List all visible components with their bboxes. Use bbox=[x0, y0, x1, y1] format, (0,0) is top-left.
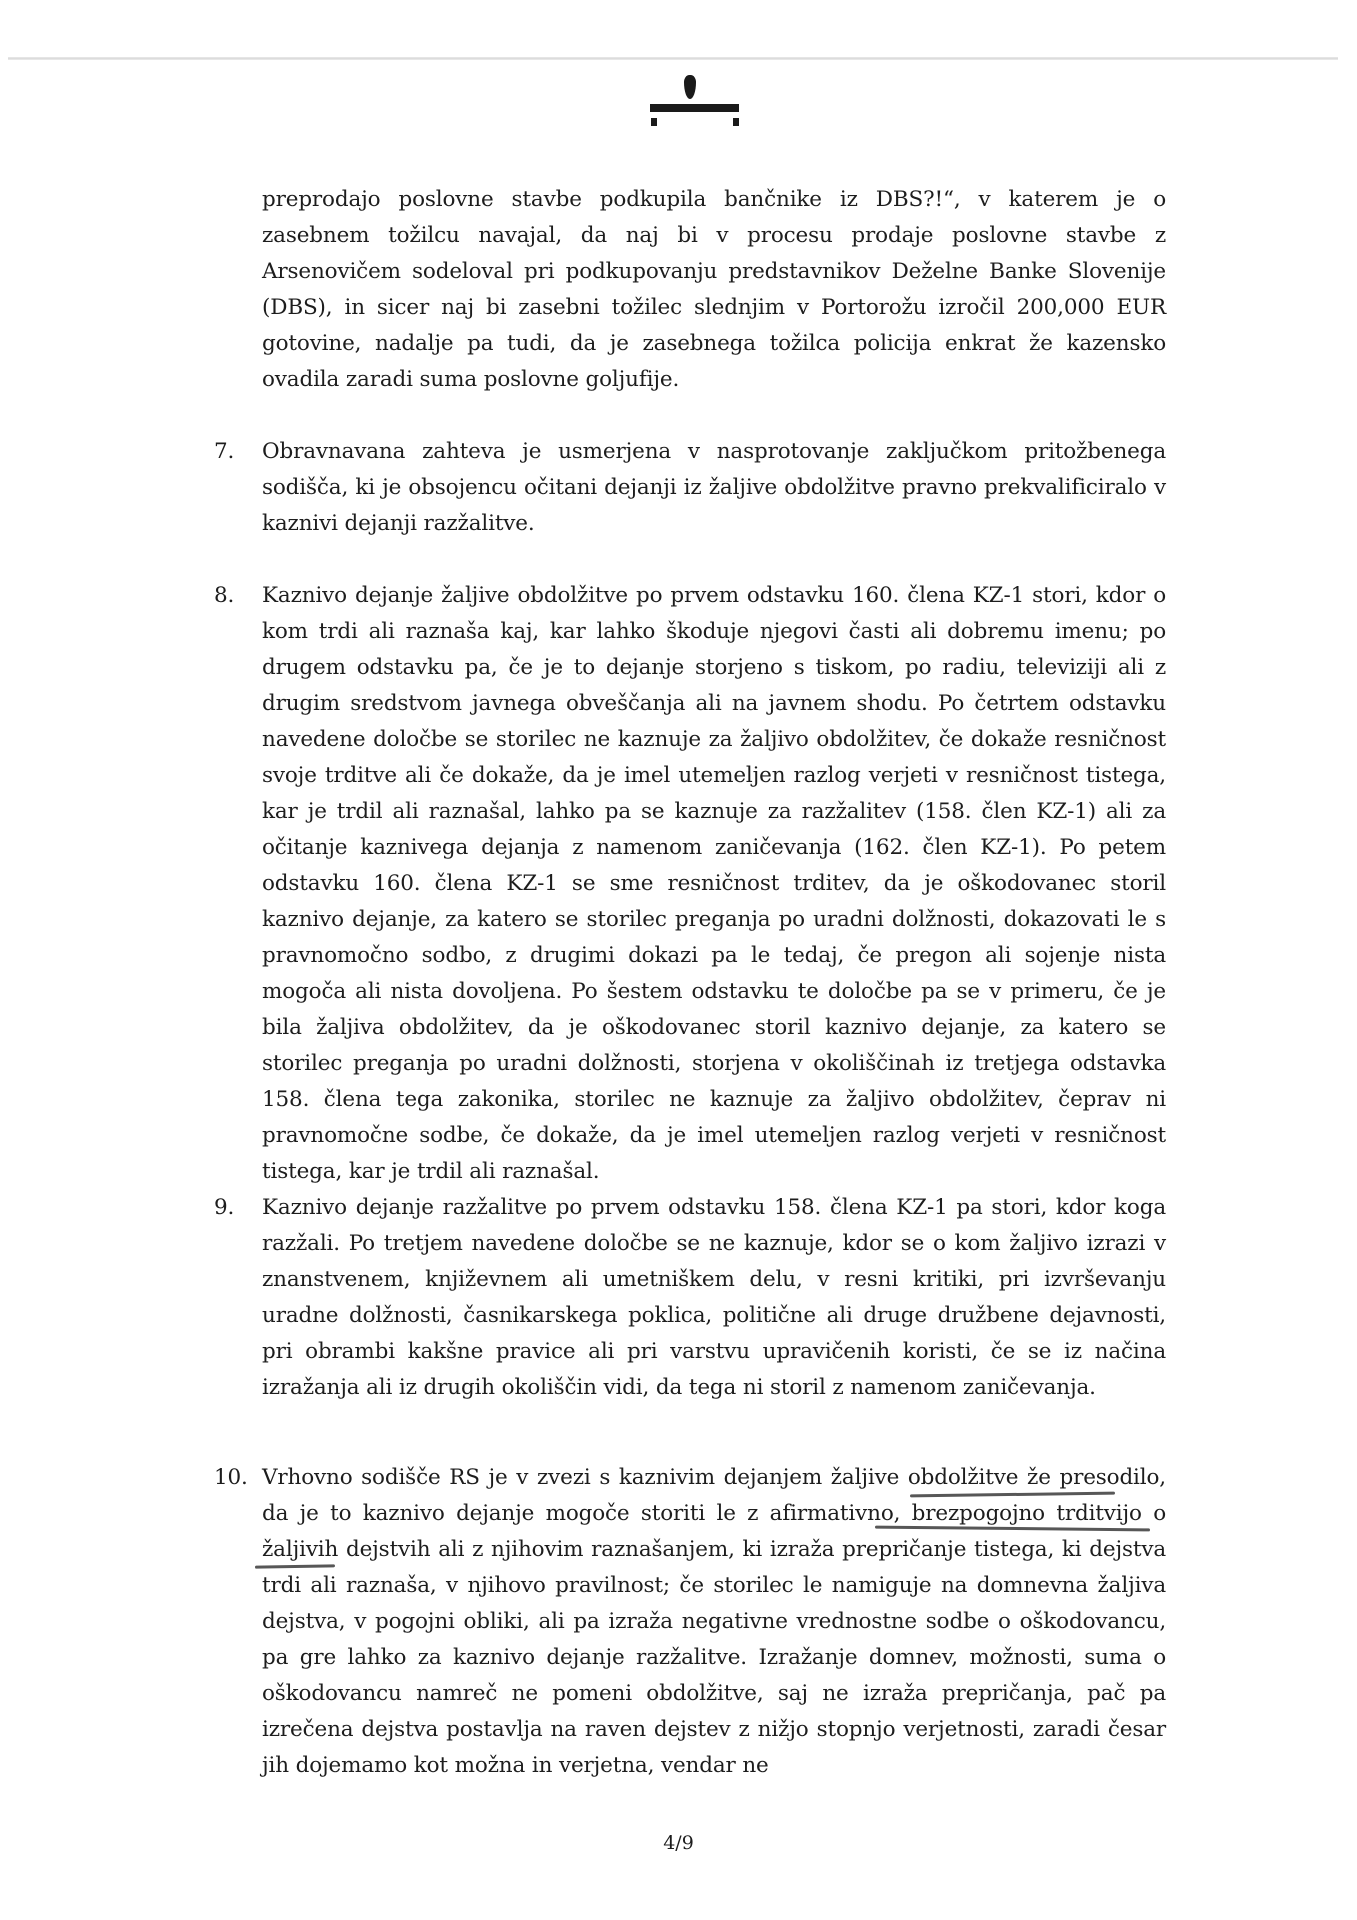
paragraph-text: Kaznivo dejanje razžalitve po prvem odst… bbox=[262, 1195, 1166, 1400]
paragraph-text: Obravnavana zahteva je usmerjena v naspr… bbox=[262, 439, 1166, 536]
shield-icon bbox=[684, 75, 696, 99]
page-number: 4/9 bbox=[0, 1832, 1357, 1854]
paragraph-text: Vrhovno sodišče RS je v zvezi s kaznivim… bbox=[262, 1465, 1166, 1778]
paragraph-number: 8. bbox=[214, 578, 234, 614]
emblem-foot-left bbox=[651, 118, 657, 126]
emblem-bar bbox=[650, 104, 739, 112]
paragraph-number: 9. bbox=[214, 1190, 234, 1226]
paragraph-continuation: preprodajo poslovne stavbe podkupila ban… bbox=[262, 182, 1166, 398]
paragraph-10: 10. Vrhovno sodišče RS je v zvezi s kazn… bbox=[262, 1460, 1166, 1784]
paragraph-text: preprodajo poslovne stavbe podkupila ban… bbox=[262, 187, 1166, 392]
paragraph-number: 7. bbox=[214, 434, 234, 470]
court-emblem-icon bbox=[648, 72, 732, 128]
emblem-foot-right bbox=[733, 118, 739, 126]
scan-top-edge bbox=[8, 57, 1338, 60]
paragraph-number: 10. bbox=[214, 1460, 248, 1496]
paragraph-9: 9. Kaznivo dejanje razžalitve po prvem o… bbox=[262, 1190, 1166, 1406]
paragraph-7: 7. Obravnavana zahteva je usmerjena v na… bbox=[262, 434, 1166, 542]
paragraph-text: Kaznivo dejanje žaljive obdolžitve po pr… bbox=[262, 583, 1166, 1184]
paragraph-8: 8. Kaznivo dejanje žaljive obdolžitve po… bbox=[262, 578, 1166, 1190]
